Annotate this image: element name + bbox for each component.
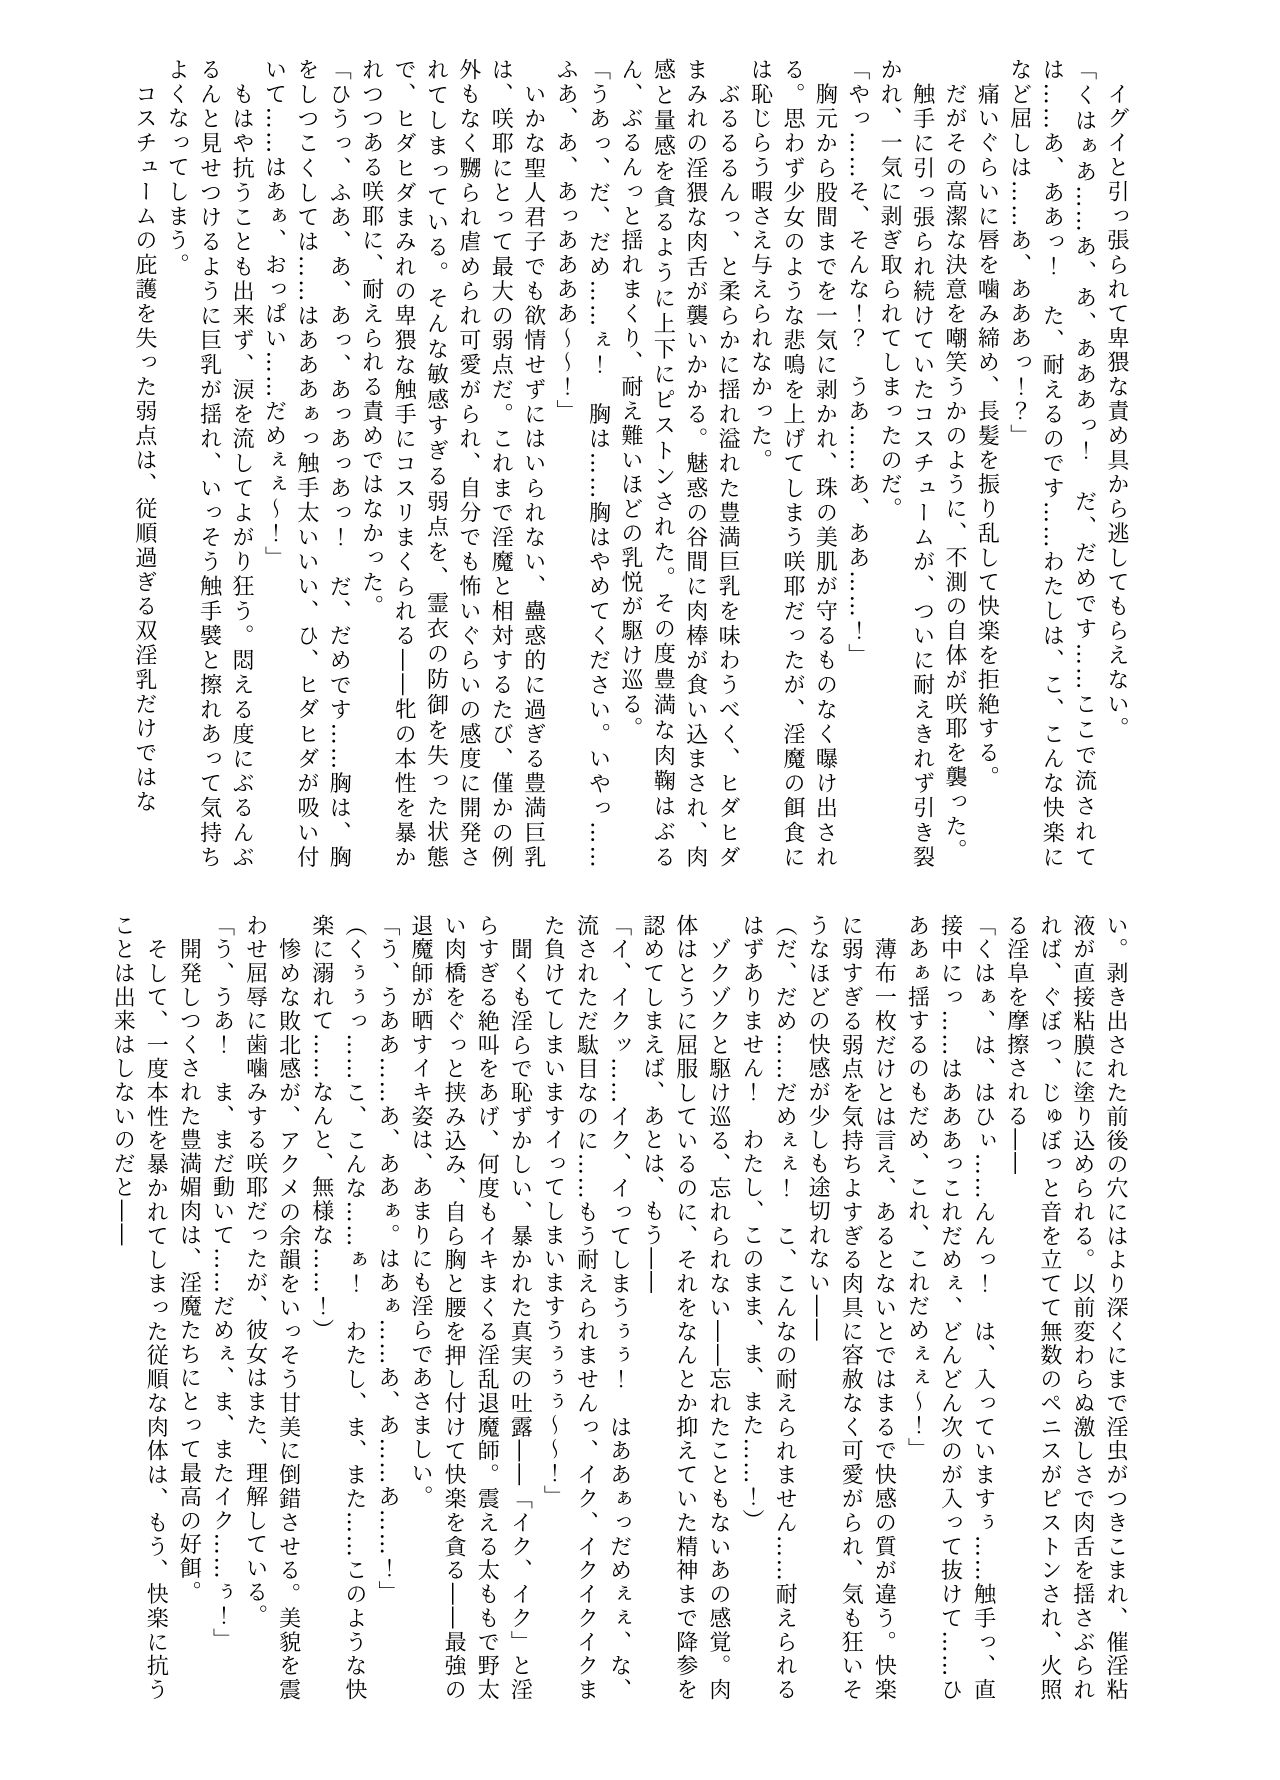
paragraph: 「うあっ、だ、だめ……ぇ！ 胸は……胸はやめてください。いやっ……ふあ、あ、あっ…	[549, 58, 614, 870]
paragraph: 惨めな敗北感が、アクメの余韻をいっそう甘美に倒錯させる。美貌を震わせ屈辱に歯噛み…	[238, 914, 304, 1702]
paragraph: 「ひうっ、ふあ、あ、あっ、あっあっあっ！ だ、だめです……胸は、胸をしつこくして…	[257, 58, 354, 870]
paragraph: ぶるるるんっ、と柔らかに揺れ溢れた豊満巨乳を味わうべく、ヒダヒダまみれの淫猥な肉…	[614, 58, 744, 870]
paragraph: コスチュームの庇護を失った弱点は、従順過ぎる双淫乳だけではな	[127, 58, 159, 870]
paragraph: （だ、だめ……だめぇぇ！ こ、こんなの耐えられません……耐えられるはずありません…	[735, 914, 801, 1702]
paragraph: もはや抗うことも出来ず、涙を流してよがり狂う。悶える度にぶるんぶるんと見せつける…	[160, 58, 257, 870]
text-block-bottom: い。剥き出された前後の穴にはより深くにまで淫虫がつきこまれ、催淫粘液が直接粘膜に…	[106, 914, 1132, 1702]
paragraph: 聞くも淫らで恥ずかしい、暴かれた真実の吐露――「イク、イク」と淫らすぎる絶叫をあ…	[404, 914, 536, 1702]
paragraph: 「くはぁあ……あ、あ、あああっ！ だ、だめです……ここで流されては……あ、ああっ…	[1002, 58, 1099, 870]
paragraph: 「う、うあ！ ま、まだ動いて……だめぇ、ま、またイク……ぅ！」	[205, 914, 238, 1702]
paragraph: だがその高潔な決意を嘲笑うかのように、不測の自体が咲耶を襲った。	[938, 58, 970, 870]
paragraph: 「イ、イクッ……イク、イってしまうぅぅ！ はああぁっだめぇぇ、な、流されただ駄目…	[536, 914, 635, 1702]
paragraph: 「くはぁ、は、はひぃ……んんっ！ は、入っていますぅ……触手っ、直接中にっ……は…	[900, 914, 999, 1702]
paragraph: ゾクゾクと駆け巡る、忘れられない――忘れたこともないあの感覚。肉体はとうに屈服し…	[636, 914, 735, 1702]
text-block-top: イグイと引っ張られて卑猥な責め具から逃してもらえない。 「くはぁあ……あ、あ、あ…	[126, 58, 1132, 870]
paragraph: い。剥き出された前後の穴にはより深くにまで淫虫がつきこまれ、催淫粘液が直接粘膜に…	[1000, 914, 1132, 1702]
paragraph: 「やっ……そ、そんな！？ うあ……あ、ああ……！」	[840, 58, 872, 870]
paragraph: 痛いぐらいに唇を噛み締め、長髪を振り乱して快楽を拒絶する。	[970, 58, 1002, 870]
paragraph: そして、一度本性を暴かれてしまった従順な肉体は、もう、快楽に抗うことは出来はしな…	[106, 914, 172, 1702]
paragraph: 薄布一枚だけとは言え、あるとないとではまるで快感の質が違う。快楽に弱すぎる弱点を…	[801, 914, 900, 1702]
paragraph: 触手に引っ張られ続けていたコスチュームが、ついに耐えきれず引き裂かれ、一気に剥ぎ…	[873, 58, 938, 870]
paragraph: 胸元から股間までを一気に剥かれ、珠の美肌が守るものなく曝け出される。思わず少女の…	[743, 58, 840, 870]
paragraph: 開発しつくされた豊満媚肉は、淫魔たちにとって最高の好餌。	[172, 914, 205, 1702]
paragraph: （くぅぅっ……こ、こんな……ぁ！ わたし、ま、また……このような快楽に溺れて………	[305, 914, 371, 1702]
paragraph: いかな聖人君子でも欲情せずにはいられない、蠱惑的に過ぎる豊満巨乳は、咲耶にとって…	[354, 58, 548, 870]
novel-page: イグイと引っ張られて卑猥な責め具から逃してもらえない。 「くはぁあ……あ、あ、あ…	[0, 0, 1280, 1780]
paragraph: イグイと引っ張られて卑猥な責め具から逃してもらえない。	[1100, 58, 1132, 870]
paragraph: 「う、うああ……あ、ああぁ。はあぁ……あ、あ……あ……！」	[371, 914, 404, 1702]
